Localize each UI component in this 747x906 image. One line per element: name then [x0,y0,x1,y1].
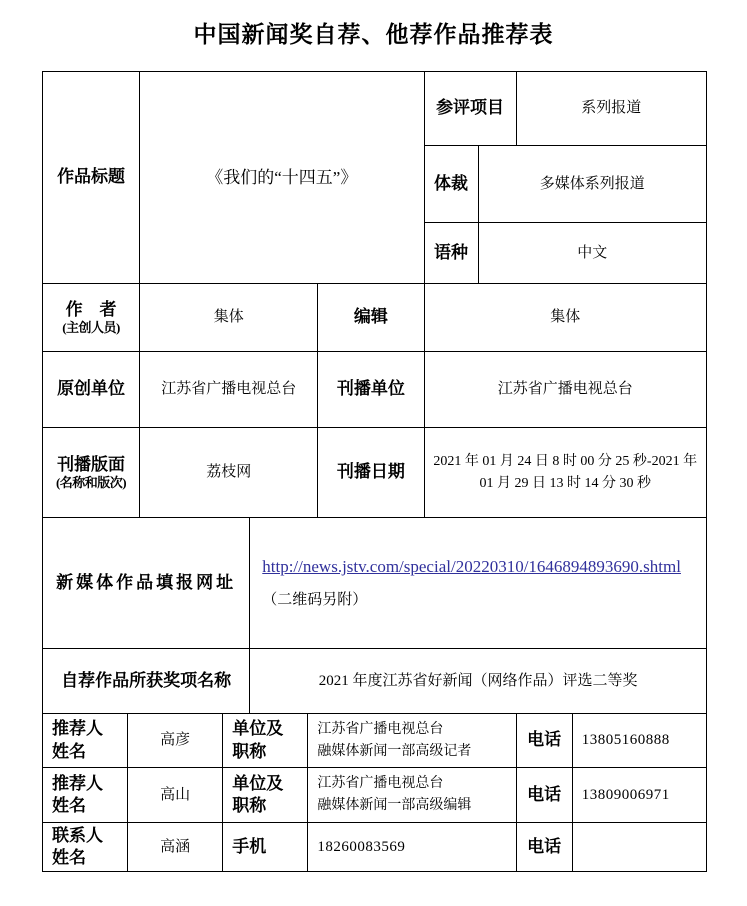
contact-phone-label: 电话 [516,823,572,872]
author-label-sub: (主创人员) [47,321,135,336]
url-suffix-note: （二维码另附） [262,592,367,608]
language-value: 中文 [478,223,706,284]
table-row: 新媒体作品填报网址 http://news.jstv.com/special/2… [43,518,707,649]
publish-unit-value: 江苏省广播电视总台 [424,352,707,428]
genre-value: 多媒体系列报道 [478,146,706,223]
publish-page-label-main: 刊播版面 [47,454,135,476]
table-row: 自荐作品所获奖项名称 2021 年度江苏省好新闻（网络作品）评选二等奖 [43,649,707,714]
recommender2-unit-value: 江苏省广播电视总台 融媒体新闻一部高级编辑 [308,768,516,823]
page-title: 中国新闻奖自荐、他荐作品推荐表 [0,0,747,49]
recommendation-form-table: 作品标题 《我们的“十四五”》 参评项目 系列报道 体裁 多媒体系列报道 语种 … [42,71,707,872]
contact-role-label: 联系人 姓名 [43,823,128,872]
table-row: 推荐人 姓名 高彦 单位及 职称 江苏省广播电视总台 融媒体新闻一部高级记者 电… [43,714,707,768]
new-media-url-value: http://news.jstv.com/special/20220310/16… [250,518,707,649]
editor-value: 集体 [424,284,707,352]
table-row: 作品标题 《我们的“十四五”》 参评项目 系列报道 [43,72,707,146]
table-row: 作 者 (主创人员) 集体 编辑 集体 [43,284,707,352]
original-unit-value: 江苏省广播电视总台 [140,352,318,428]
contact-mobile-value: 18260083569 [308,823,516,872]
work-url-link[interactable]: http://news.jstv.com/special/20220310/16… [262,557,681,576]
self-award-value: 2021 年度江苏省好新闻（网络作品）评选二等奖 [250,649,707,714]
work-title-label: 作品标题 [43,72,140,284]
recommender2-name: 高山 [128,768,223,823]
publish-page-label: 刊播版面 (名称和版次) [43,428,140,518]
recommender1-name: 高彦 [128,714,223,768]
author-value: 集体 [140,284,318,352]
genre-label: 体裁 [424,146,478,223]
author-label: 作 者 (主创人员) [43,284,140,352]
original-unit-label: 原创单位 [43,352,140,428]
table-row: 原创单位 江苏省广播电视总台 刊播单位 江苏省广播电视总台 [43,352,707,428]
entry-category-label: 参评项目 [424,72,516,146]
contact-phone-value [572,823,706,872]
recommender1-unit-label: 单位及 职称 [223,714,308,768]
recommender1-phone-value: 13805160888 [572,714,706,768]
recommender2-role-label: 推荐人 姓名 [43,768,128,823]
author-label-main: 作 者 [47,299,135,321]
recommender1-role-label: 推荐人 姓名 [43,714,128,768]
recommender2-unit-label: 单位及 职称 [223,768,308,823]
work-title-value: 《我们的“十四五”》 [140,72,424,284]
language-label: 语种 [424,223,478,284]
table-row: 刊播版面 (名称和版次) 荔枝网 刊播日期 2021 年 01 月 24 日 8… [43,428,707,518]
publish-date-value: 2021 年 01 月 24 日 8 时 00 分 25 秒-2021 年 01… [424,428,707,518]
contact-name: 高涵 [128,823,223,872]
publish-unit-label: 刊播单位 [318,352,424,428]
publish-date-label: 刊播日期 [318,428,424,518]
table-row: 推荐人 姓名 高山 单位及 职称 江苏省广播电视总台 融媒体新闻一部高级编辑 电… [43,768,707,823]
new-media-url-label: 新媒体作品填报网址 [43,518,250,649]
document-page: 中国新闻奖自荐、他荐作品推荐表 作品标题 《我们的“十四五”》 参评项目 系列报… [0,0,747,906]
contact-mobile-label: 手机 [223,823,308,872]
recommender2-phone-label: 电话 [516,768,572,823]
recommender1-phone-label: 电话 [516,714,572,768]
publish-page-label-sub: (名称和版次) [47,476,135,491]
entry-category-value: 系列报道 [516,72,706,146]
editor-label: 编辑 [318,284,424,352]
recommender2-phone-value: 13809006971 [572,768,706,823]
table-row: 联系人 姓名 高涵 手机 18260083569 电话 [43,823,707,872]
publish-page-value: 荔枝网 [140,428,318,518]
recommender1-unit-value: 江苏省广播电视总台 融媒体新闻一部高级记者 [308,714,516,768]
self-award-label: 自荐作品所获奖项名称 [43,649,250,714]
